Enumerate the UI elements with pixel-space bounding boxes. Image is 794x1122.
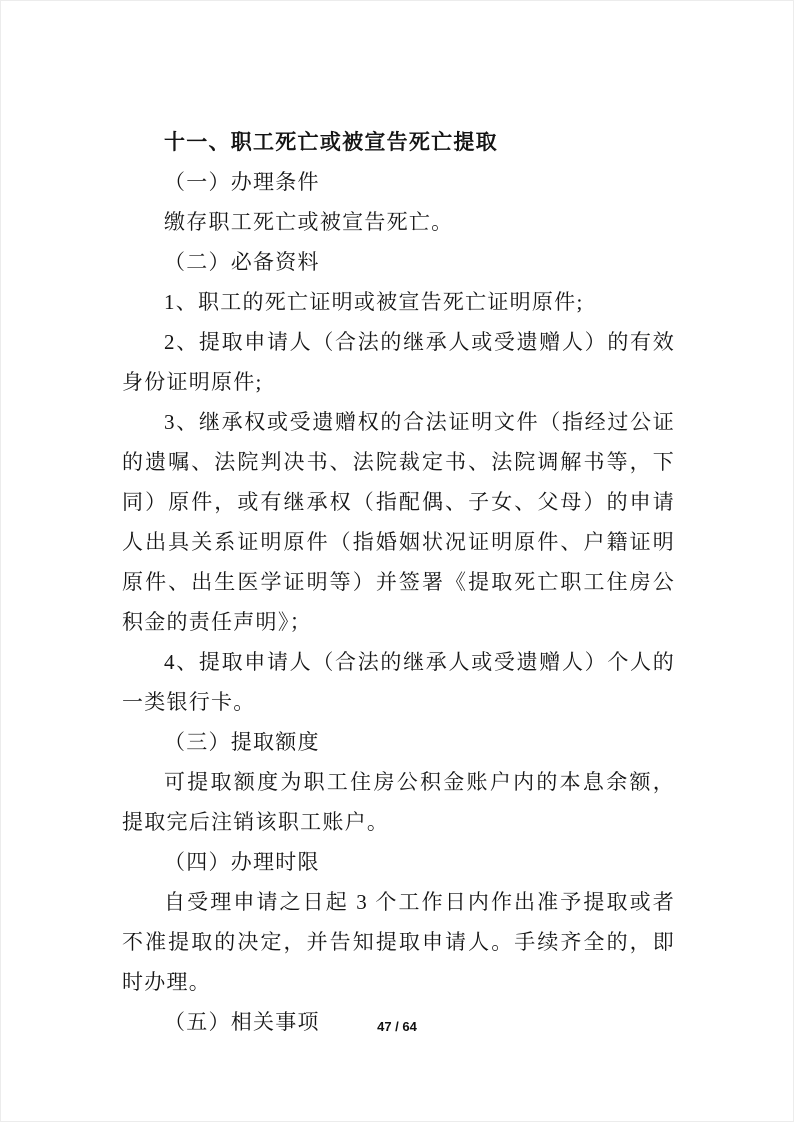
document-page: 十一、职工死亡或被宣告死亡提取 （一）办理条件 缴存职工死亡或被宣告死亡。 （二… xyxy=(0,0,794,1122)
paragraph-material-item-1: 1、职工的死亡证明或被宣告死亡证明原件; xyxy=(122,282,675,322)
paragraph-processing-time-label: （四）办理时限 xyxy=(122,842,675,882)
paragraph-withdrawal-quota-label: （三）提取额度 xyxy=(122,722,675,762)
paragraph-required-materials-label: （二）必备资料 xyxy=(122,242,675,282)
document-body: 十一、职工死亡或被宣告死亡提取 （一）办理条件 缴存职工死亡或被宣告死亡。 （二… xyxy=(122,122,675,1042)
paragraph-withdrawal-quota-text: 可提取额度为职工住房公积金账户内的本息余额，提取完后注销该职工账户。 xyxy=(122,762,675,842)
section-heading: 十一、职工死亡或被宣告死亡提取 xyxy=(122,122,675,162)
paragraph-handling-conditions-text: 缴存职工死亡或被宣告死亡。 xyxy=(122,202,675,242)
paragraph-material-item-3: 3、继承权或受遗赠权的合法证明文件（指经过公证的遗嘱、法院判决书、法院裁定书、法… xyxy=(122,402,675,642)
paragraph-material-item-2: 2、提取申请人（合法的继承人或受遗赠人）的有效身份证明原件; xyxy=(122,322,675,402)
paragraph-processing-time-text: 自受理申请之日起 3 个工作日内作出准予提取或者不准提取的决定，并告知提取申请人… xyxy=(122,882,675,1002)
paragraph-handling-conditions-label: （一）办理条件 xyxy=(122,162,675,202)
page-number: 47 / 64 xyxy=(1,1019,793,1034)
paragraph-material-item-4: 4、提取申请人（合法的继承人或受遗赠人）个人的一类银行卡。 xyxy=(122,642,675,722)
